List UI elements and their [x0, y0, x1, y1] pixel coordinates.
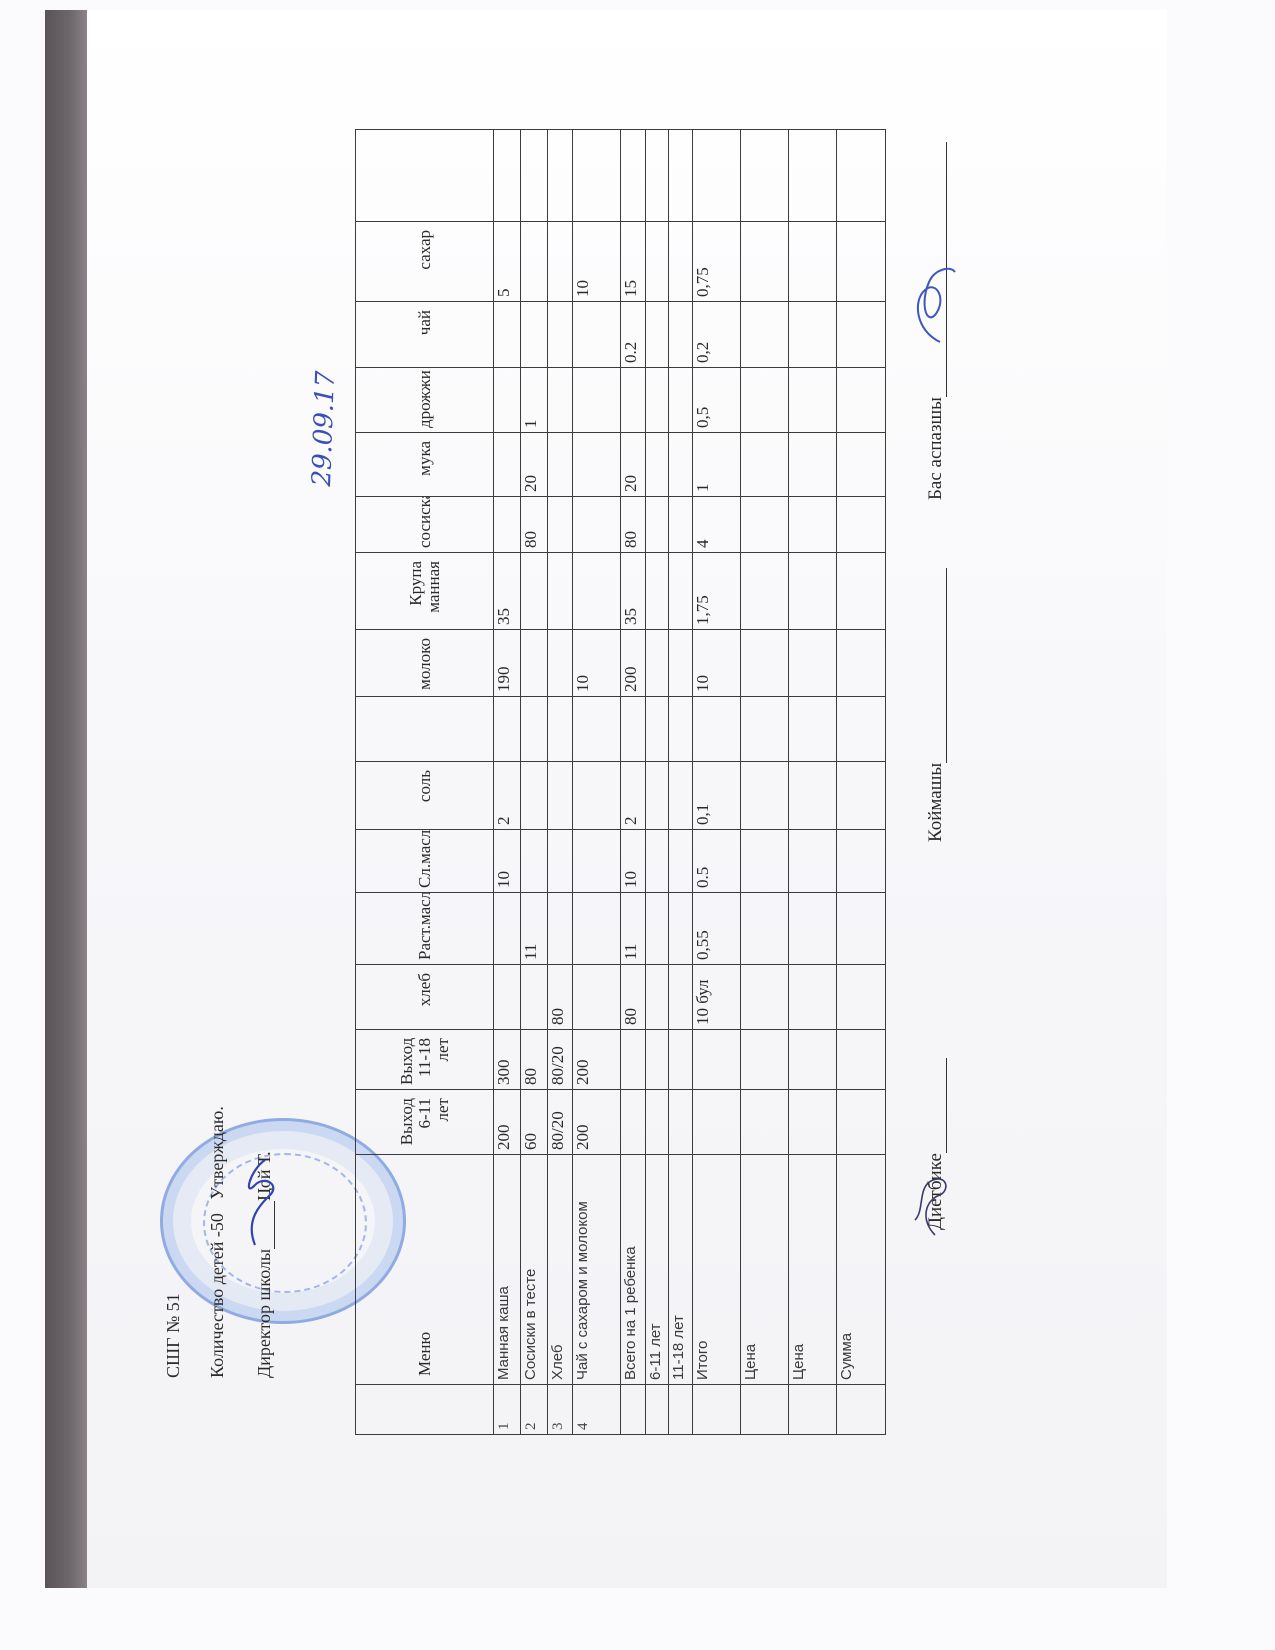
school-name: СШГ № 51 — [163, 1293, 184, 1378]
table-cell: 0,55 — [693, 893, 741, 965]
table-cell: 80 — [548, 965, 573, 1030]
table-cell — [646, 965, 669, 1030]
table-cell: 80/20 — [548, 1030, 573, 1090]
table-cell — [646, 368, 669, 433]
table-cell — [548, 830, 573, 893]
table-cell: 0.2 — [621, 302, 646, 368]
col-header-semolina: Крупа манная — [356, 553, 494, 630]
table-cell: 10 — [573, 630, 621, 697]
table-cell: 80 — [521, 1030, 548, 1090]
table-row: 11-18 лет — [669, 130, 693, 1435]
table-cell: 200 — [573, 1030, 621, 1090]
table-cell — [789, 1090, 837, 1155]
table-cell: 20 — [521, 433, 548, 497]
col-header-milk: молоко — [356, 630, 494, 697]
table-cell — [789, 830, 837, 893]
table-cell — [837, 130, 886, 222]
table-cell — [669, 553, 693, 630]
table-cell — [646, 553, 669, 630]
table-cell: 1,75 — [693, 553, 741, 630]
col-header-num — [356, 1385, 494, 1435]
row-number: 3 — [548, 1385, 573, 1435]
row-number — [669, 1385, 693, 1435]
table-cell — [789, 697, 837, 762]
table-cell — [521, 222, 548, 302]
row-menu-item: 11-18 лет — [669, 1155, 693, 1385]
table-cell — [646, 222, 669, 302]
table-cell: 5 — [494, 222, 521, 302]
row-menu-item: Цена — [789, 1155, 837, 1385]
table-cell — [621, 368, 646, 433]
row-menu-item: Итого — [693, 1155, 741, 1385]
table-row: 3Хлеб80/2080/2080 — [548, 130, 573, 1435]
col-header-flour: мука — [356, 433, 494, 497]
table-cell: 20 — [621, 433, 646, 497]
table-cell — [646, 830, 669, 893]
table-cell — [837, 553, 886, 630]
table-cell — [789, 1030, 837, 1090]
table-cell — [646, 497, 669, 553]
table-header-row: Меню Выход 6-11 лет Выход 11-18 лет хлеб… — [356, 130, 494, 1435]
table-cell — [548, 368, 573, 433]
table-cell — [548, 222, 573, 302]
table-cell — [789, 130, 837, 222]
col-header-salt: соль — [356, 762, 494, 830]
table-cell — [837, 222, 886, 302]
table-cell — [573, 893, 621, 965]
table-cell: 200 — [621, 630, 646, 697]
col-header-bread: хлеб — [356, 965, 494, 1030]
table-cell — [741, 893, 789, 965]
table-cell — [548, 130, 573, 222]
table-cell — [741, 433, 789, 497]
col-header-tea: чай — [356, 302, 494, 368]
table-cell — [693, 1030, 741, 1090]
table-cell: 15 — [621, 222, 646, 302]
table-cell: 11 — [621, 893, 646, 965]
table-cell — [548, 433, 573, 497]
table-cell — [573, 130, 621, 222]
table-row: Всего на 1 ребенка80111022003580200.215 — [621, 130, 646, 1435]
table-cell — [646, 697, 669, 762]
table-cell — [837, 965, 886, 1030]
table-cell: 190 — [494, 630, 521, 697]
table-cell — [669, 965, 693, 1030]
table-cell — [573, 830, 621, 893]
table-cell: 10 бул — [693, 965, 741, 1030]
table-cell — [494, 302, 521, 368]
table-cell — [494, 697, 521, 762]
row-number — [693, 1385, 741, 1435]
table-cell: 10 — [693, 630, 741, 697]
table-cell — [521, 697, 548, 762]
table-cell: 80 — [621, 497, 646, 553]
row-number — [837, 1385, 886, 1435]
scan-binding-edge — [45, 10, 87, 1588]
table-cell — [494, 893, 521, 965]
table-cell — [621, 1030, 646, 1090]
row-menu-item: Манная каша — [494, 1155, 521, 1385]
table-cell — [693, 697, 741, 762]
table-cell — [789, 302, 837, 368]
table-cell — [494, 965, 521, 1030]
table-cell: 10 — [621, 830, 646, 893]
dietitian-signature — [895, 1160, 965, 1240]
table-cell — [573, 368, 621, 433]
table-cell — [669, 893, 693, 965]
table-cell — [741, 553, 789, 630]
table-cell — [621, 697, 646, 762]
table-row: Сумма — [837, 130, 886, 1435]
table-cell — [789, 222, 837, 302]
table-cell — [646, 433, 669, 497]
table-cell — [669, 1090, 693, 1155]
table-cell — [621, 1090, 646, 1155]
table-cell: 1 — [693, 433, 741, 497]
row-number — [621, 1385, 646, 1435]
table-cell — [521, 762, 548, 830]
table-row: 6-11 лет — [646, 130, 669, 1435]
head-cook-label: Бас аспазшы — [925, 397, 946, 500]
table-cell — [494, 433, 521, 497]
table-cell — [741, 830, 789, 893]
table-cell — [573, 302, 621, 368]
table-cell — [669, 830, 693, 893]
col-header-empty-1 — [356, 697, 494, 762]
row-menu-item: Сосиски в тесте — [521, 1155, 548, 1385]
table-cell — [837, 1090, 886, 1155]
row-menu-item: 6-11 лет — [646, 1155, 669, 1385]
table-cell — [789, 497, 837, 553]
table-cell — [646, 762, 669, 830]
table-cell — [494, 130, 521, 222]
table-cell — [573, 965, 621, 1030]
table-row: Итого10 бул0,550.50,1101,75410,50,20,75 — [693, 130, 741, 1435]
row-number: 1 — [494, 1385, 521, 1435]
director-label: Директор школы — [254, 1249, 274, 1378]
table-cell — [646, 630, 669, 697]
table-cell — [789, 433, 837, 497]
table-cell — [789, 965, 837, 1030]
table-cell — [646, 893, 669, 965]
row-menu-item: Цена — [741, 1155, 789, 1385]
table-cell — [669, 302, 693, 368]
table-cell: 80 — [621, 965, 646, 1030]
table-cell — [521, 965, 548, 1030]
col-header-sausage: сосиска — [356, 497, 494, 553]
table-cell — [621, 130, 646, 222]
col-header-yield-6-11: Выход 6-11 лет — [356, 1090, 494, 1155]
col-header-empty-2 — [356, 130, 494, 222]
table-cell: 10 — [573, 222, 621, 302]
table-cell — [837, 762, 886, 830]
table-cell — [669, 130, 693, 222]
table-cell — [693, 1090, 741, 1155]
col-header-menu: Меню — [356, 1155, 494, 1385]
table-cell — [741, 1030, 789, 1090]
table-cell — [669, 697, 693, 762]
col-header-sugar: сахар — [356, 222, 494, 302]
table-cell — [548, 893, 573, 965]
table-cell: 80/20 — [548, 1090, 573, 1155]
table-cell — [548, 497, 573, 553]
table-cell — [741, 1090, 789, 1155]
head-cook-signature — [895, 260, 965, 350]
table-cell: 0,2 — [693, 302, 741, 368]
table-cell — [789, 762, 837, 830]
storekeeper-signature-line — [946, 568, 947, 763]
col-header-butter: Сл.масло — [356, 830, 494, 893]
table-cell: 4 — [693, 497, 741, 553]
table-cell — [837, 368, 886, 433]
table-cell — [521, 130, 548, 222]
row-number: 4 — [573, 1385, 621, 1435]
table-cell — [573, 497, 621, 553]
table-cell — [741, 222, 789, 302]
table-cell — [669, 762, 693, 830]
table-cell — [646, 1030, 669, 1090]
storekeeper-label: Коймашы — [925, 763, 946, 842]
table-cell — [669, 222, 693, 302]
table-cell — [837, 830, 886, 893]
table-cell — [837, 433, 886, 497]
table-cell: 35 — [621, 553, 646, 630]
table-cell: 0,5 — [693, 368, 741, 433]
row-number: 2 — [521, 1385, 548, 1435]
row-number — [789, 1385, 837, 1435]
table-row: Цена — [741, 130, 789, 1435]
table-cell — [669, 630, 693, 697]
table-cell — [837, 497, 886, 553]
table-cell — [789, 893, 837, 965]
table-cell: 0,1 — [693, 762, 741, 830]
table-cell — [837, 630, 886, 697]
table-row: 2Сосиски в тесте60801180201 — [521, 130, 548, 1435]
table-cell: 200 — [573, 1090, 621, 1155]
table-cell: 35 — [494, 553, 521, 630]
row-menu-item: Хлеб — [548, 1155, 573, 1385]
table-cell — [548, 553, 573, 630]
director-signature — [215, 1150, 295, 1250]
table-cell — [521, 830, 548, 893]
table-cell — [741, 368, 789, 433]
table-cell: 1 — [521, 368, 548, 433]
table-cell — [837, 302, 886, 368]
table-cell — [741, 130, 789, 222]
table-cell — [669, 497, 693, 553]
table-cell — [741, 965, 789, 1030]
handwritten-date: 29.09.17 — [307, 370, 341, 487]
footer-storekeeper: Коймашы — [925, 568, 947, 842]
row-menu-item: Сумма — [837, 1155, 886, 1385]
table-cell — [693, 130, 741, 222]
table-cell — [646, 302, 669, 368]
table-cell — [789, 553, 837, 630]
table-cell — [494, 368, 521, 433]
table-cell — [573, 553, 621, 630]
table-cell — [521, 630, 548, 697]
table-cell — [548, 762, 573, 830]
table-row: 4Чай с сахаром и молоком2002001010 — [573, 130, 621, 1435]
table-cell — [548, 302, 573, 368]
table-cell — [669, 368, 693, 433]
table-cell — [837, 893, 886, 965]
table-cell — [548, 697, 573, 762]
table-cell: 10 — [494, 830, 521, 893]
table-cell: 300 — [494, 1030, 521, 1090]
table-cell — [521, 302, 548, 368]
table-cell: 60 — [521, 1090, 548, 1155]
table-cell: 200 — [494, 1090, 521, 1155]
table-cell — [789, 368, 837, 433]
table-cell — [837, 1030, 886, 1090]
table-cell — [573, 433, 621, 497]
table-cell — [646, 1090, 669, 1155]
table-cell — [837, 697, 886, 762]
table-cell: 80 — [521, 497, 548, 553]
table-cell: 0,75 — [693, 222, 741, 302]
menu-table: Меню Выход 6-11 лет Выход 11-18 лет хлеб… — [355, 130, 885, 1435]
dietitian-signature-line — [946, 1058, 947, 1153]
table-cell — [741, 762, 789, 830]
table-cell — [741, 497, 789, 553]
table-cell — [741, 697, 789, 762]
table-cell — [521, 553, 548, 630]
table-cell — [573, 762, 621, 830]
table-cell: 2 — [494, 762, 521, 830]
table-cell — [573, 697, 621, 762]
table-row: 1Манная каша200300102190355 — [494, 130, 521, 1435]
table-cell: 0.5 — [693, 830, 741, 893]
col-header-yeast: дрожжи — [356, 368, 494, 433]
row-number — [741, 1385, 789, 1435]
table-cell — [741, 302, 789, 368]
table-cell — [789, 630, 837, 697]
table-cell — [741, 630, 789, 697]
table-cell — [646, 130, 669, 222]
table-cell: 11 — [521, 893, 548, 965]
table-cell — [669, 433, 693, 497]
col-header-veg-oil: Раст.масло — [356, 893, 494, 965]
table-cell — [548, 630, 573, 697]
row-menu-item: Всего на 1 ребенка — [621, 1155, 646, 1385]
table-cell — [669, 1030, 693, 1090]
row-menu-item: Чай с сахаром и молоком — [573, 1155, 621, 1385]
table-row: Цена — [789, 130, 837, 1435]
col-header-yield-11-18: Выход 11-18 лет — [356, 1030, 494, 1090]
table-cell — [494, 497, 521, 553]
row-number — [646, 1385, 669, 1435]
table-cell: 2 — [621, 762, 646, 830]
